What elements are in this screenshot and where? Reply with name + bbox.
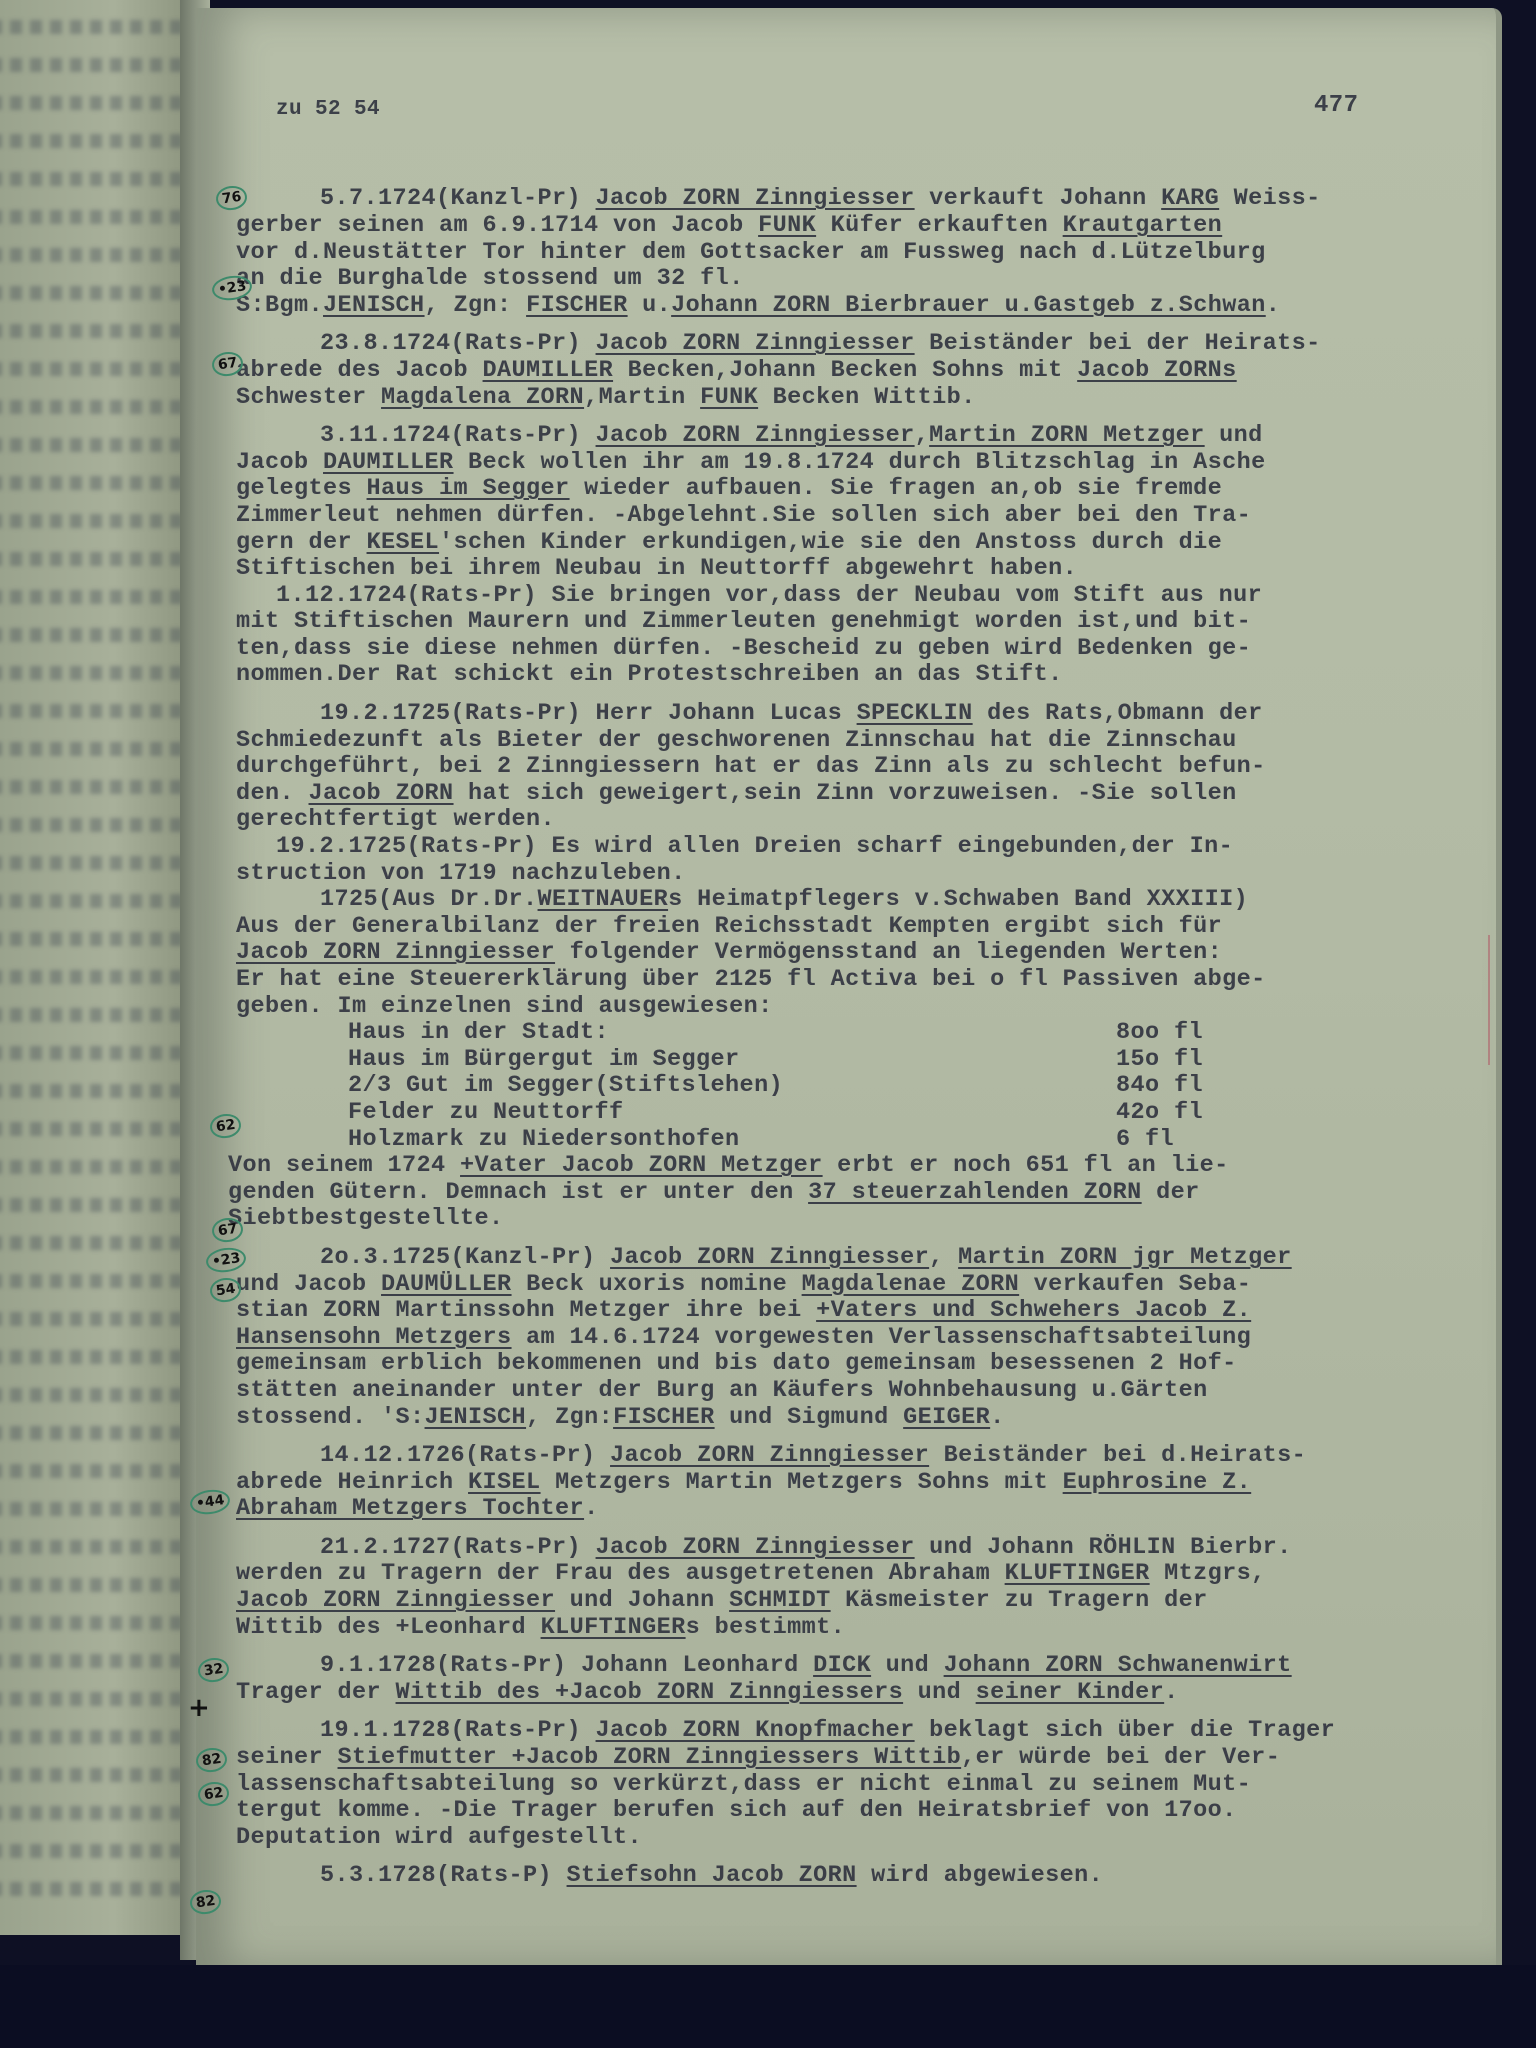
entry-line: Jacob ZORN Zinngiesser folgender Vermöge… <box>236 940 1506 967</box>
asset-value: 15o fl <box>1116 1047 1203 1074</box>
entry-heading-line: 9.1.1728(Rats-Pr) Johann Leonhard DICK u… <box>236 1653 1506 1680</box>
facing-page-text <box>0 1312 190 1326</box>
entry-line: nommen.Der Rat schickt ein Protestschrei… <box>236 662 1506 689</box>
entry-line: stätten aneinander unter der Burg an Käu… <box>236 1378 1506 1405</box>
facing-page-text <box>0 704 190 718</box>
facing-page-text <box>0 514 190 528</box>
entry-heading-line: 5.7.1724(Kanzl-Pr) Jacob ZORN Zinngiesse… <box>236 186 1506 213</box>
cross-mark-icon: + <box>188 1693 210 1723</box>
facing-page-text <box>0 1806 190 1820</box>
entry-heading-line: 14.12.1726(Rats-Pr) Jacob ZORN Zinngiess… <box>236 1443 1506 1470</box>
facing-page-text <box>0 742 190 756</box>
entry-line: gerber seinen am 6.9.1714 von Jacob FUNK… <box>236 213 1506 240</box>
entry-line: Siebtbestgestellte. <box>228 1206 1506 1233</box>
asset-value: 84o fl <box>1116 1073 1203 1100</box>
facing-page-text <box>0 438 190 452</box>
facing-page-text <box>0 818 190 832</box>
page-number: 477 <box>1314 93 1358 120</box>
facing-page-text <box>0 172 190 186</box>
asset-row: Felder zu Neuttorff42o fl <box>236 1100 1506 1127</box>
facing-page-text <box>0 1198 190 1212</box>
entry-line: ten,dass sie diese nehmen dürfen. -Besch… <box>236 636 1506 663</box>
facing-page-text <box>0 1160 190 1174</box>
entry-line: lassenschaftsabteilung so verkürzt,dass … <box>236 1772 1506 1799</box>
facing-page-text <box>0 1350 190 1364</box>
dark-background <box>0 1965 1536 2048</box>
entry-heading-line: 5.3.1728(Rats-P) Stiefsohn Jacob ZORN wi… <box>236 1863 1506 1890</box>
facing-page-text <box>0 20 190 34</box>
entry-line: Aus der Generalbilanz der freien Reichss… <box>236 914 1506 941</box>
entry-heading-line: 23.8.1724(Rats-Pr) Jacob ZORN Zinngiesse… <box>236 331 1506 358</box>
facing-page-text <box>0 856 190 870</box>
entry-line: durchgeführt, bei 2 Zinngiessern hat er … <box>236 754 1506 781</box>
entries: 5.7.1724(Kanzl-Pr) Jacob ZORN Zinngiesse… <box>236 186 1506 1902</box>
entry-heading-line: 3.11.1724(Rats-Pr) Jacob ZORN Zinngiesse… <box>236 423 1506 450</box>
facing-page-text <box>0 210 190 224</box>
entry-heading-line: 19.1.1728(Rats-Pr) Jacob ZORN Knopfmache… <box>236 1718 1506 1745</box>
facing-page-text <box>0 134 190 148</box>
entry-line: Hansensohn Metzgers am 14.6.1724 vorgewe… <box>236 1325 1506 1352</box>
facing-page-text <box>0 58 190 72</box>
facing-page-text <box>0 1616 190 1630</box>
entry-heading-line: 19.2.1725(Rats-Pr) Es wird allen Dreien … <box>236 834 1506 861</box>
entry-line: Wittib des +Leonhard KLUFTINGERs bestimm… <box>236 1615 1506 1642</box>
entry-line: Abraham Metzgers Tochter. <box>236 1496 1506 1523</box>
entry-line: abrede Heinrich KISEL Metzgers Martin Me… <box>236 1470 1506 1497</box>
facing-page-text <box>0 1578 190 1592</box>
page-text: zu 52 54 477 5.7.1724(Kanzl-Pr) Jacob ZO… <box>236 40 1506 1929</box>
facing-page <box>0 0 190 1935</box>
entry-line: geben. Im einzelnen sind ausgewiesen: <box>236 994 1506 1021</box>
facing-page-text <box>0 1502 190 1516</box>
facing-page-text <box>0 780 190 794</box>
facing-page-text <box>0 1274 190 1288</box>
entry: 9.1.1728(Rats-Pr) Johann Leonhard DICK u… <box>236 1653 1506 1706</box>
facing-page-text <box>0 1426 190 1440</box>
entry-line: abrede des Jacob DAUMILLER Becken,Johann… <box>236 358 1506 385</box>
entry-line: struction von 1719 nachzuleben. <box>236 861 1506 888</box>
entry: 2o.3.1725(Kanzl-Pr) Jacob ZORN Zinngiess… <box>236 1245 1506 1431</box>
facing-page-text <box>0 894 190 908</box>
facing-page-text <box>0 248 190 262</box>
facing-page-text <box>0 932 190 946</box>
entry-line: Stiftischen bei ihrem Neubau in Neuttorf… <box>236 556 1506 583</box>
facing-page-text <box>0 324 190 338</box>
entry-line: den. Jacob ZORN hat sich geweigert,sein … <box>236 781 1506 808</box>
spacer <box>236 1890 1506 1902</box>
entry-line: Schmiedezunft als Bieter der geschworene… <box>236 728 1506 755</box>
asset-label: Felder zu Neuttorff <box>348 1100 624 1127</box>
facing-page-text <box>0 400 190 414</box>
asset-row: Haus im Bürgergut im Segger15o fl <box>236 1047 1506 1074</box>
facing-page-text <box>0 286 190 300</box>
entry-line: Er hat eine Steuererklärung über 2125 fl… <box>236 967 1506 994</box>
entry-line: Deputation wird aufgestellt. <box>236 1825 1506 1852</box>
entry: 21.2.1727(Rats-Pr) Jacob ZORN Zinngiesse… <box>236 1535 1506 1641</box>
facing-page-text <box>0 552 190 566</box>
entry-line: S:Bgm.JENISCH, Zgn: FISCHER u.Johann ZOR… <box>236 293 1506 320</box>
entry: 5.3.1728(Rats-P) Stiefsohn Jacob ZORN wi… <box>236 1863 1506 1890</box>
entry: 3.11.1724(Rats-Pr) Jacob ZORN Zinngiesse… <box>236 423 1506 583</box>
facing-page-text <box>0 96 190 110</box>
entry-line: stossend. 'S:JENISCH, Zgn:FISCHER und Si… <box>236 1405 1506 1432</box>
entry-line: vor d.Neustätter Tor hinter dem Gottsack… <box>236 240 1506 267</box>
facing-page-text <box>0 628 190 642</box>
asset-label: 2/3 Gut im Segger(Stiftslehen) <box>348 1073 783 1100</box>
entry-line: gelegtes Haus im Segger wieder aufbauen.… <box>236 476 1506 503</box>
facing-page-text <box>0 1730 190 1744</box>
asset-value: 6 fl <box>1116 1127 1174 1154</box>
entry: 19.1.1728(Rats-Pr) Jacob ZORN Knopfmache… <box>236 1718 1506 1851</box>
entry: 23.8.1724(Rats-Pr) Jacob ZORN Zinngiesse… <box>236 331 1506 411</box>
entry-heading-line: 21.2.1727(Rats-Pr) Jacob ZORN Zinngiesse… <box>236 1535 1506 1562</box>
facing-page-text <box>0 1654 190 1668</box>
entry: 1.12.1724(Rats-Pr) Sie bringen vor,dass … <box>236 583 1506 689</box>
facing-page-text <box>0 970 190 984</box>
entry: 1725(Aus Dr.Dr.WEITNAUERs Heimatpflegers… <box>236 887 1506 1233</box>
entry-line: Schwester Magdalena ZORN,Martin FUNK Bec… <box>236 385 1506 412</box>
asset-row: 2/3 Gut im Segger(Stiftslehen)84o fl <box>236 1073 1506 1100</box>
asset-label: Haus in der Stadt: <box>348 1020 609 1047</box>
facing-page-text <box>0 1540 190 1554</box>
entry-line: Trager der Wittib des +Jacob ZORN Zinngi… <box>236 1680 1506 1707</box>
entry-line: und Jacob DAUMÜLLER Beck uxoris nomine M… <box>236 1272 1506 1299</box>
entry-line: gemeinsam erblich bekommenen und bis dat… <box>236 1351 1506 1378</box>
entry-line: seiner Stiefmutter +Jacob ZORN Zinngiess… <box>236 1745 1506 1772</box>
entry-line: an die Burghalde stossend um 32 fl. <box>236 266 1506 293</box>
facing-page-text <box>0 362 190 376</box>
entry-heading-line: 19.2.1725(Rats-Pr) Herr Johann Lucas SPE… <box>236 701 1506 728</box>
entry-line: Zimmerleut nehmen dürfen. -Abgelehnt.Sie… <box>236 503 1506 530</box>
asset-row: Haus in der Stadt:8oo fl <box>236 1020 1506 1047</box>
entry-line: Jacob DAUMILLER Beck wollen ihr am 19.8.… <box>236 450 1506 477</box>
cross-reference: zu 52 54 <box>276 97 380 124</box>
entry-heading-line: 1725(Aus Dr.Dr.WEITNAUERs Heimatpflegers… <box>236 887 1506 914</box>
entry-line: Von seinem 1724 +Vater Jacob ZORN Metzge… <box>228 1153 1506 1180</box>
entry-line: stian ZORN Martinssohn Metzger ihre bei … <box>236 1298 1506 1325</box>
facing-page-text <box>0 476 190 490</box>
entry-line: Jacob ZORN Zinngiesser und Johann SCHMID… <box>236 1588 1506 1615</box>
entry-line: genden Gütern. Demnach ist er unter den … <box>228 1180 1506 1207</box>
entry-line: werden zu Tragern der Frau des ausgetret… <box>236 1561 1506 1588</box>
facing-page-text <box>0 1046 190 1060</box>
facing-page-text <box>0 1388 190 1402</box>
asset-row: Holzmark zu Niedersonthofen6 fl <box>236 1127 1506 1154</box>
entry-line: gern der KESEL'schen Kinder erkundigen,w… <box>236 530 1506 557</box>
facing-page-text <box>0 666 190 680</box>
entry: 14.12.1726(Rats-Pr) Jacob ZORN Zinngiess… <box>236 1443 1506 1523</box>
entry-heading-line: 2o.3.1725(Kanzl-Pr) Jacob ZORN Zinngiess… <box>236 1245 1506 1272</box>
facing-page-text <box>0 590 190 604</box>
facing-page-text <box>0 1464 190 1478</box>
entry: 5.7.1724(Kanzl-Pr) Jacob ZORN Zinngiesse… <box>236 186 1506 319</box>
asset-label: Holzmark zu Niedersonthofen <box>348 1127 740 1154</box>
entry: 19.2.1725(Rats-Pr) Es wird allen Dreien … <box>236 834 1506 887</box>
facing-page-text <box>0 1768 190 1782</box>
facing-page-text <box>0 1236 190 1250</box>
asset-label: Haus im Bürgergut im Segger <box>348 1047 740 1074</box>
facing-page-text <box>0 1844 190 1858</box>
asset-value: 8oo fl <box>1116 1020 1203 1047</box>
facing-page-text <box>0 1122 190 1136</box>
facing-page-text <box>0 1008 190 1022</box>
entry: 19.2.1725(Rats-Pr) Herr Johann Lucas SPE… <box>236 701 1506 834</box>
entry-line: gerechtfertigt werden. <box>236 807 1506 834</box>
facing-page-text <box>0 1882 190 1896</box>
entry-line: mit Stiftischen Maurern und Zimmerleuten… <box>236 609 1506 636</box>
page-header: zu 52 54 477 <box>236 93 1506 133</box>
entry-line: tergut komme. -Die Trager berufen sich a… <box>236 1798 1506 1825</box>
entry-heading-line: 1.12.1724(Rats-Pr) Sie bringen vor,dass … <box>236 583 1506 610</box>
asset-value: 42o fl <box>1116 1100 1203 1127</box>
facing-page-text <box>0 1692 190 1706</box>
facing-page-text <box>0 1084 190 1098</box>
